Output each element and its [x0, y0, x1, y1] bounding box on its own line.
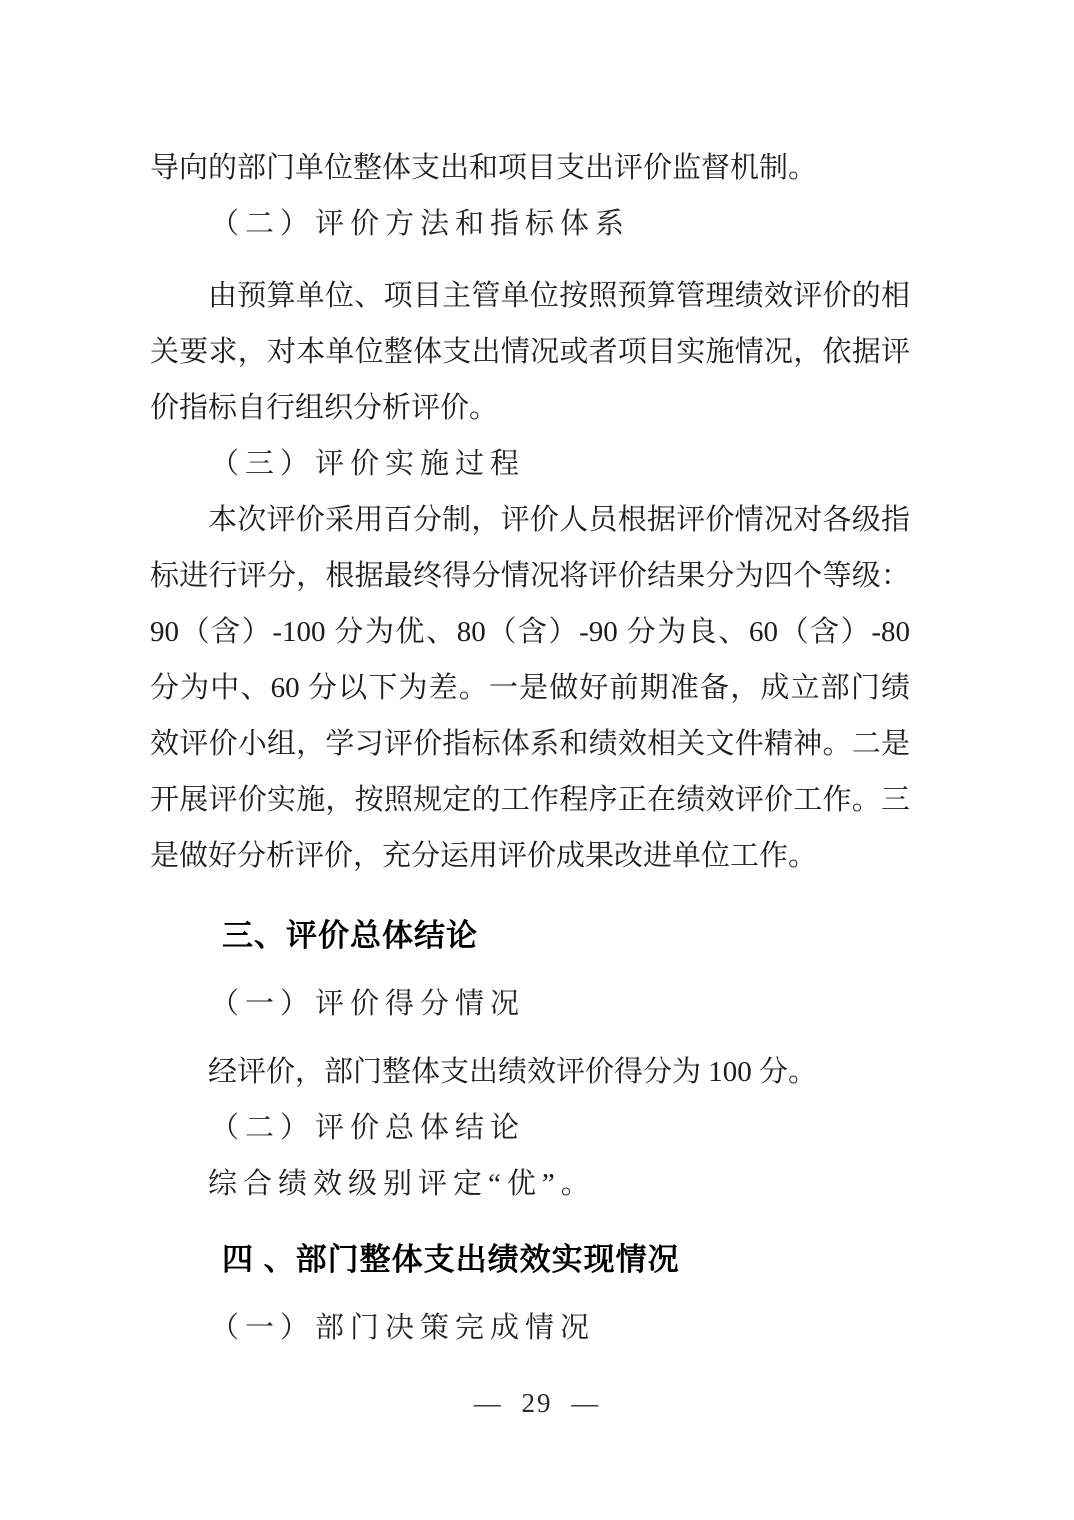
paragraph-line: 综合绩效级别评定“优”。 — [150, 1156, 910, 1212]
section-subheading: （二）评价方法和指标体系 — [150, 196, 910, 252]
section-subheading-line: （一）部门决策完成情况 — [150, 1300, 910, 1356]
section-subheading-line: （二）评价方法和指标体系 — [150, 196, 910, 252]
page-number: — 29 — — [0, 1388, 1074, 1419]
document-body: 导向的部门单位整体支出和项目支出评价监督机制。（二）评价方法和指标体系由预算单位… — [150, 140, 910, 1356]
section-heading: 四 、部门整体支出绩效实现情况 — [150, 1232, 910, 1288]
section-subheading-line: （三）评价实施过程 — [150, 436, 910, 492]
paragraph-line: 由预算单位、项目主管单位按照预算管理绩效评价的相 — [150, 268, 910, 324]
section-heading-line: 四 、部门整体支出绩效实现情况 — [150, 1232, 910, 1288]
section-subheading: （三）评价实施过程 — [150, 436, 910, 492]
paragraph-line: 分为中、60 分以下为差。一是做好前期准备，成立部门绩 — [150, 660, 910, 716]
paragraph-line: 90（含）-100 分为优、80（含）-90 分为良、60（含）-80 — [150, 604, 910, 660]
paragraph: 由预算单位、项目主管单位按照预算管理绩效评价的相关要求，对本单位整体支出情况或者… — [150, 268, 910, 436]
paragraph-line: 本次评价采用百分制，评价人员根据评价情况对各级指 — [150, 492, 910, 548]
paragraph-line: 标进行评分，根据最终得分情况将评价结果分为四个等级： — [150, 548, 910, 604]
paragraph: 综合绩效级别评定“优”。 — [150, 1156, 910, 1212]
paragraph-line: 经评价，部门整体支出绩效评价得分为 100 分。 — [150, 1044, 910, 1100]
section-heading: 三、评价总体结论 — [150, 908, 910, 964]
paragraph: 本次评价采用百分制，评价人员根据评价情况对各级指标进行评分，根据最终得分情况将评… — [150, 492, 910, 884]
section-subheading: （一）评价得分情况 — [150, 976, 910, 1032]
section-heading-line: 三、评价总体结论 — [150, 908, 910, 964]
paragraph-line: 价指标自行组织分析评价。 — [150, 380, 910, 436]
section-subheading-line: （二）评价总体结论 — [150, 1100, 910, 1156]
paragraph-line: 是做好分析评价，充分运用评价成果改进单位工作。 — [150, 828, 910, 884]
paragraph-line: 开展评价实施，按照规定的工作程序正在绩效评价工作。三 — [150, 772, 910, 828]
section-subheading: （一）部门决策完成情况 — [150, 1300, 910, 1356]
paragraph-line: 效评价小组，学习评价指标体系和绩效相关文件精神。二是 — [150, 716, 910, 772]
section-subheading-line: （一）评价得分情况 — [150, 976, 910, 1032]
paragraph: 经评价，部门整体支出绩效评价得分为 100 分。 — [150, 1044, 910, 1100]
paragraph-line: 导向的部门单位整体支出和项目支出评价监督机制。 — [150, 140, 910, 196]
section-subheading: （二）评价总体结论 — [150, 1100, 910, 1156]
paragraph: 导向的部门单位整体支出和项目支出评价监督机制。 — [150, 140, 910, 196]
paragraph-line: 关要求，对本单位整体支出情况或者项目实施情况，依据评 — [150, 324, 910, 380]
document-page: 导向的部门单位整体支出和项目支出评价监督机制。（二）评价方法和指标体系由预算单位… — [0, 0, 1074, 1520]
